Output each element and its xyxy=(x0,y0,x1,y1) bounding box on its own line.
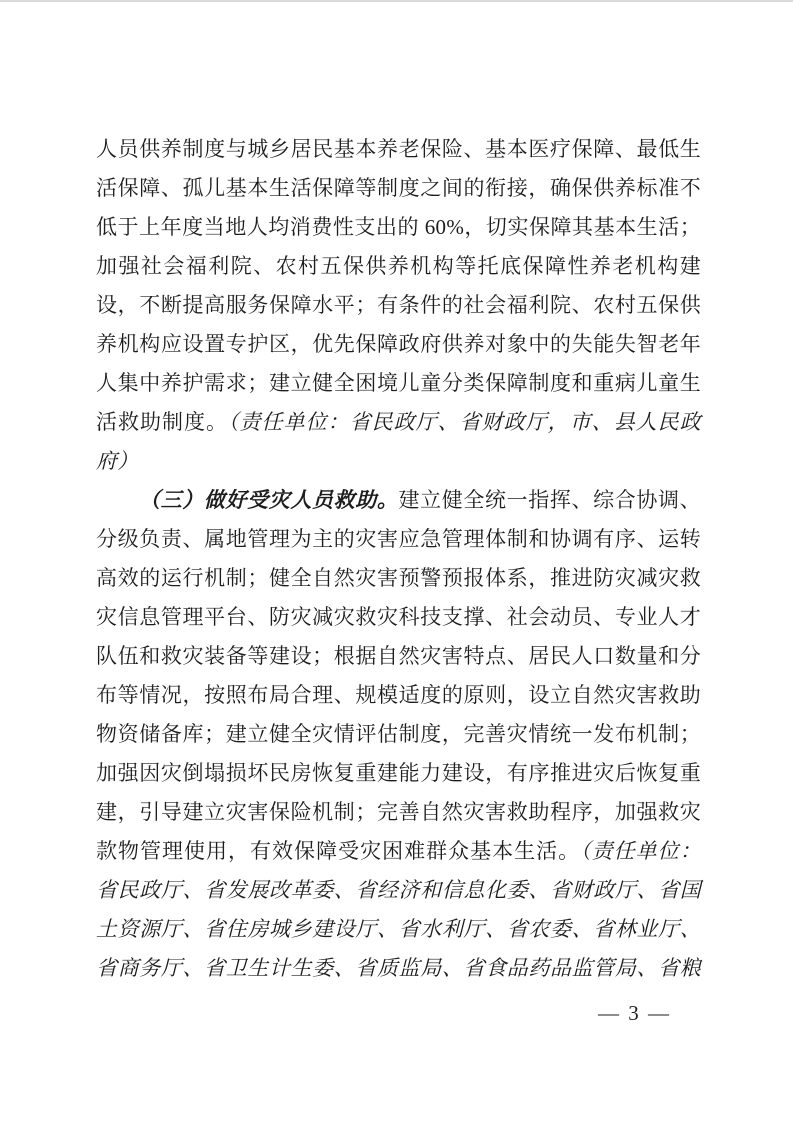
text-line: 高效的运行机制；健全自然灾害预警预报体系，推进防灾减灾救 xyxy=(96,559,701,598)
body-text: 高效的运行机制；健全自然灾害预警预报体系，推进防灾减灾救 xyxy=(96,566,701,590)
responsibility-unit-text: 省商务厅、省卫生计生委、省质监局、省食品药品监管局、省粮 xyxy=(96,956,701,980)
body-text: 建，引导建立灾害保险机制；完善自然灾害救助程序，加强救灾 xyxy=(96,800,701,824)
text-line: 建，引导建立灾害保险机制；完善自然灾害救助程序，加强救灾 xyxy=(96,793,701,832)
text-line: 活救助制度。（责任单位：省民政厅、省财政厅，市、县人民政 xyxy=(96,403,701,442)
text-line: 物资储备库；建立健全灾情评估制度，完善灾情统一发布机制； xyxy=(96,715,701,754)
document-page: { "page": { "number_label": "— 3 —" }, "… xyxy=(0,0,793,1122)
responsibility-unit-text: 府） xyxy=(96,449,139,473)
text-line: 队伍和救灾装备等建设；根据自然灾害特点、居民人口数量和分 xyxy=(96,637,701,676)
body-text: 分级负责、属地管理为主的灾害应急管理体制和协调有序、运转 xyxy=(96,527,701,551)
scan-edge-artifact xyxy=(0,0,793,2)
text-line: 省民政厅、省发展改革委、省经济和信息化委、省财政厅、省国 xyxy=(96,871,701,910)
text-line: 设，不断提高服务保障水平；有条件的社会福利院、农村五保供 xyxy=(96,286,701,325)
text-line: 灾信息管理平台、防灾减灾救灾科技支撑、社会动员、专业人才 xyxy=(96,598,701,637)
responsibility-unit-text: （责任单位：省民政厅、省财政厅，市、县人民政 xyxy=(228,410,701,434)
body-text: 养机构应设置专护区，优先保障政府供养对象中的失能失智老年 xyxy=(96,332,701,356)
body-text: 建立健全统一指挥、综合协调、 xyxy=(399,488,701,512)
responsibility-unit-text: 土资源厅、省住房城乡建设厅、省水利厅、省农委、省林业厅、 xyxy=(96,917,701,941)
body-text: 设，不断提高服务保障水平；有条件的社会福利院、农村五保供 xyxy=(96,293,701,317)
body-text: 活救助制度。 xyxy=(96,410,228,434)
body-text: 布等情况，按照布局合理、规模适度的原则，设立自然灾害救助 xyxy=(96,683,701,707)
body-text: 款物管理使用，有效保障受灾困难群众基本生活。 xyxy=(96,839,580,863)
body-text: 加强因灾倒塌损坏民房恢复重建能力建设，有序推进灾后恢复重 xyxy=(96,761,701,785)
text-line: 布等情况，按照布局合理、规模适度的原则，设立自然灾害救助 xyxy=(96,676,701,715)
responsibility-unit-text: 省民政厅、省发展改革委、省经济和信息化委、省财政厅、省国 xyxy=(96,878,701,902)
text-line: 人集中养护需求；建立健全困境儿童分类保障制度和重病儿童生 xyxy=(96,364,701,403)
text-line: 加强社会福利院、农村五保供养机构等托底保障性养老机构建 xyxy=(96,247,701,286)
body-text: 加强社会福利院、农村五保供养机构等托底保障性养老机构建 xyxy=(96,254,701,278)
text-line: 土资源厅、省住房城乡建设厅、省水利厅、省农委、省林业厅、 xyxy=(96,910,701,949)
text-line: 分级负责、属地管理为主的灾害应急管理体制和协调有序、运转 xyxy=(96,520,701,559)
text-line: 活保障、孤儿基本生活保障等制度之间的衔接，确保供养标准不 xyxy=(96,169,701,208)
text-line: 省商务厅、省卫生计生委、省质监局、省食品药品监管局、省粮 xyxy=(96,949,701,988)
body-text: 灾信息管理平台、防灾减灾救灾科技支撑、社会动员、专业人才 xyxy=(96,605,701,629)
section-heading: （三）做好受灾人员救助。 xyxy=(139,488,399,512)
body-text: 队伍和救灾装备等建设；根据自然灾害特点、居民人口数量和分 xyxy=(96,644,701,668)
text-line: 府） xyxy=(96,442,701,481)
body-text: 人员供养制度与城乡居民基本养老保险、基本医疗保障、最低生 xyxy=(96,137,701,161)
document-text-block: 人员供养制度与城乡居民基本养老保险、基本医疗保障、最低生 活保障、孤儿基本生活保… xyxy=(96,130,701,988)
text-line: 养机构应设置专护区，优先保障政府供养对象中的失能失智老年 xyxy=(96,325,701,364)
body-text: 低于上年度当地人均消费性支出的 60%，切实保障其基本生活； xyxy=(96,215,701,239)
page-number: — 3 — xyxy=(598,1000,671,1026)
responsibility-unit-text: （责任单位： xyxy=(580,839,701,863)
text-line: （三）做好受灾人员救助。建立健全统一指挥、综合协调、 xyxy=(96,481,701,520)
body-text: 物资储备库；建立健全灾情评估制度，完善灾情统一发布机制； xyxy=(96,722,701,746)
text-line: 低于上年度当地人均消费性支出的 60%，切实保障其基本生活； xyxy=(96,208,701,247)
body-text: 人集中养护需求；建立健全困境儿童分类保障制度和重病儿童生 xyxy=(96,371,701,395)
text-line: 加强因灾倒塌损坏民房恢复重建能力建设，有序推进灾后恢复重 xyxy=(96,754,701,793)
body-text: 活保障、孤儿基本生活保障等制度之间的衔接，确保供养标准不 xyxy=(96,176,701,200)
text-line: 人员供养制度与城乡居民基本养老保险、基本医疗保障、最低生 xyxy=(96,130,701,169)
text-line: 款物管理使用，有效保障受灾困难群众基本生活。（责任单位： xyxy=(96,832,701,871)
